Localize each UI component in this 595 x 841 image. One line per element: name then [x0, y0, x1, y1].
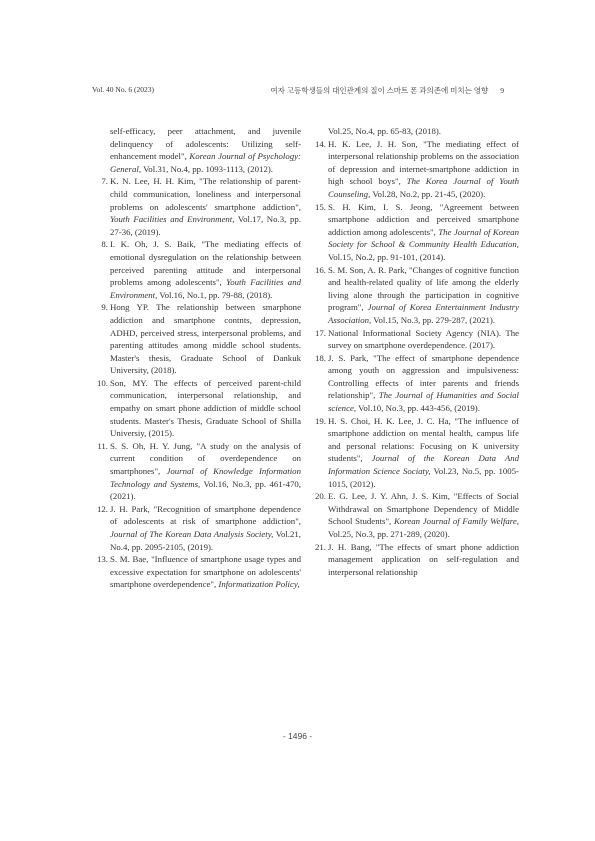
page-footer: - 1496 -	[0, 731, 595, 741]
reference-item: 11.S. S. Oh, H. Y. Jung, "A study on the…	[96, 440, 301, 503]
left-reference-list: 7.K. N. Lee, H. H. Kim, "The relationshi…	[96, 175, 301, 591]
reference-item: 13.S. M. Bae, "Influence of smartphone u…	[96, 553, 301, 591]
reference-item: 7.K. N. Lee, H. H. Kim, "The relationshi…	[96, 175, 301, 238]
reference-item: 16.S. M. Son, A. R. Park, "Changes of co…	[314, 264, 519, 327]
reference-item: 18.J. S. Park, "The effect of smartphone…	[314, 352, 519, 415]
reference-continuation: self-efficacy, peer attachment, and juve…	[96, 125, 301, 175]
right-column: Vol.25, No.4, pp. 65-83, (2018). 14.H. K…	[314, 125, 519, 578]
reference-item: 21.J. H. Bang, "The effects of smart pho…	[314, 541, 519, 579]
reference-item: 19.H. S. Choi, H. K. Lee, J. C. Ha, "The…	[314, 415, 519, 491]
reference-item: 12.J. H. Park, "Recognition of smartphon…	[96, 503, 301, 553]
reference-item: 15.S. H. Kim, I. S. Jeong, "Agreement be…	[314, 201, 519, 264]
reference-item: 20.E. G. Lee, J. Y. Ahn, J. S. Kim, "Eff…	[314, 490, 519, 540]
right-reference-list: 14.H. K. Lee, J. H. Son, "The mediating …	[314, 138, 519, 579]
reference-item: 10.Son, MY. The effects of perceived par…	[96, 377, 301, 440]
journal-volume: Vol. 40 No. 6 (2023)	[92, 85, 154, 94]
reference-item: 14.H. K. Lee, J. H. Son, "The mediating …	[314, 138, 519, 201]
page-header: Vol. 40 No. 6 (2023) 여자 고등학생들의 대인관계의 질이 …	[92, 85, 504, 99]
reference-item: 8.I. K. Oh, J. S. Baik, "The mediating e…	[96, 238, 301, 301]
left-column: self-efficacy, peer attachment, and juve…	[96, 125, 301, 591]
reference-item: 17.National Informational Society Agency…	[314, 327, 519, 352]
header-page-number: 9	[500, 86, 504, 95]
running-title-wrap: 여자 고등학생들의 대인관계의 질이 스마트 폰 과의존에 미치는 영향9	[270, 85, 504, 96]
reference-item: 9.Hong YP. The relationship between smar…	[96, 301, 301, 377]
reference-continuation: Vol.25, No.4, pp. 65-83, (2018).	[314, 125, 519, 138]
running-title: 여자 고등학생들의 대인관계의 질이 스마트 폰 과의존에 미치는 영향	[270, 86, 488, 95]
